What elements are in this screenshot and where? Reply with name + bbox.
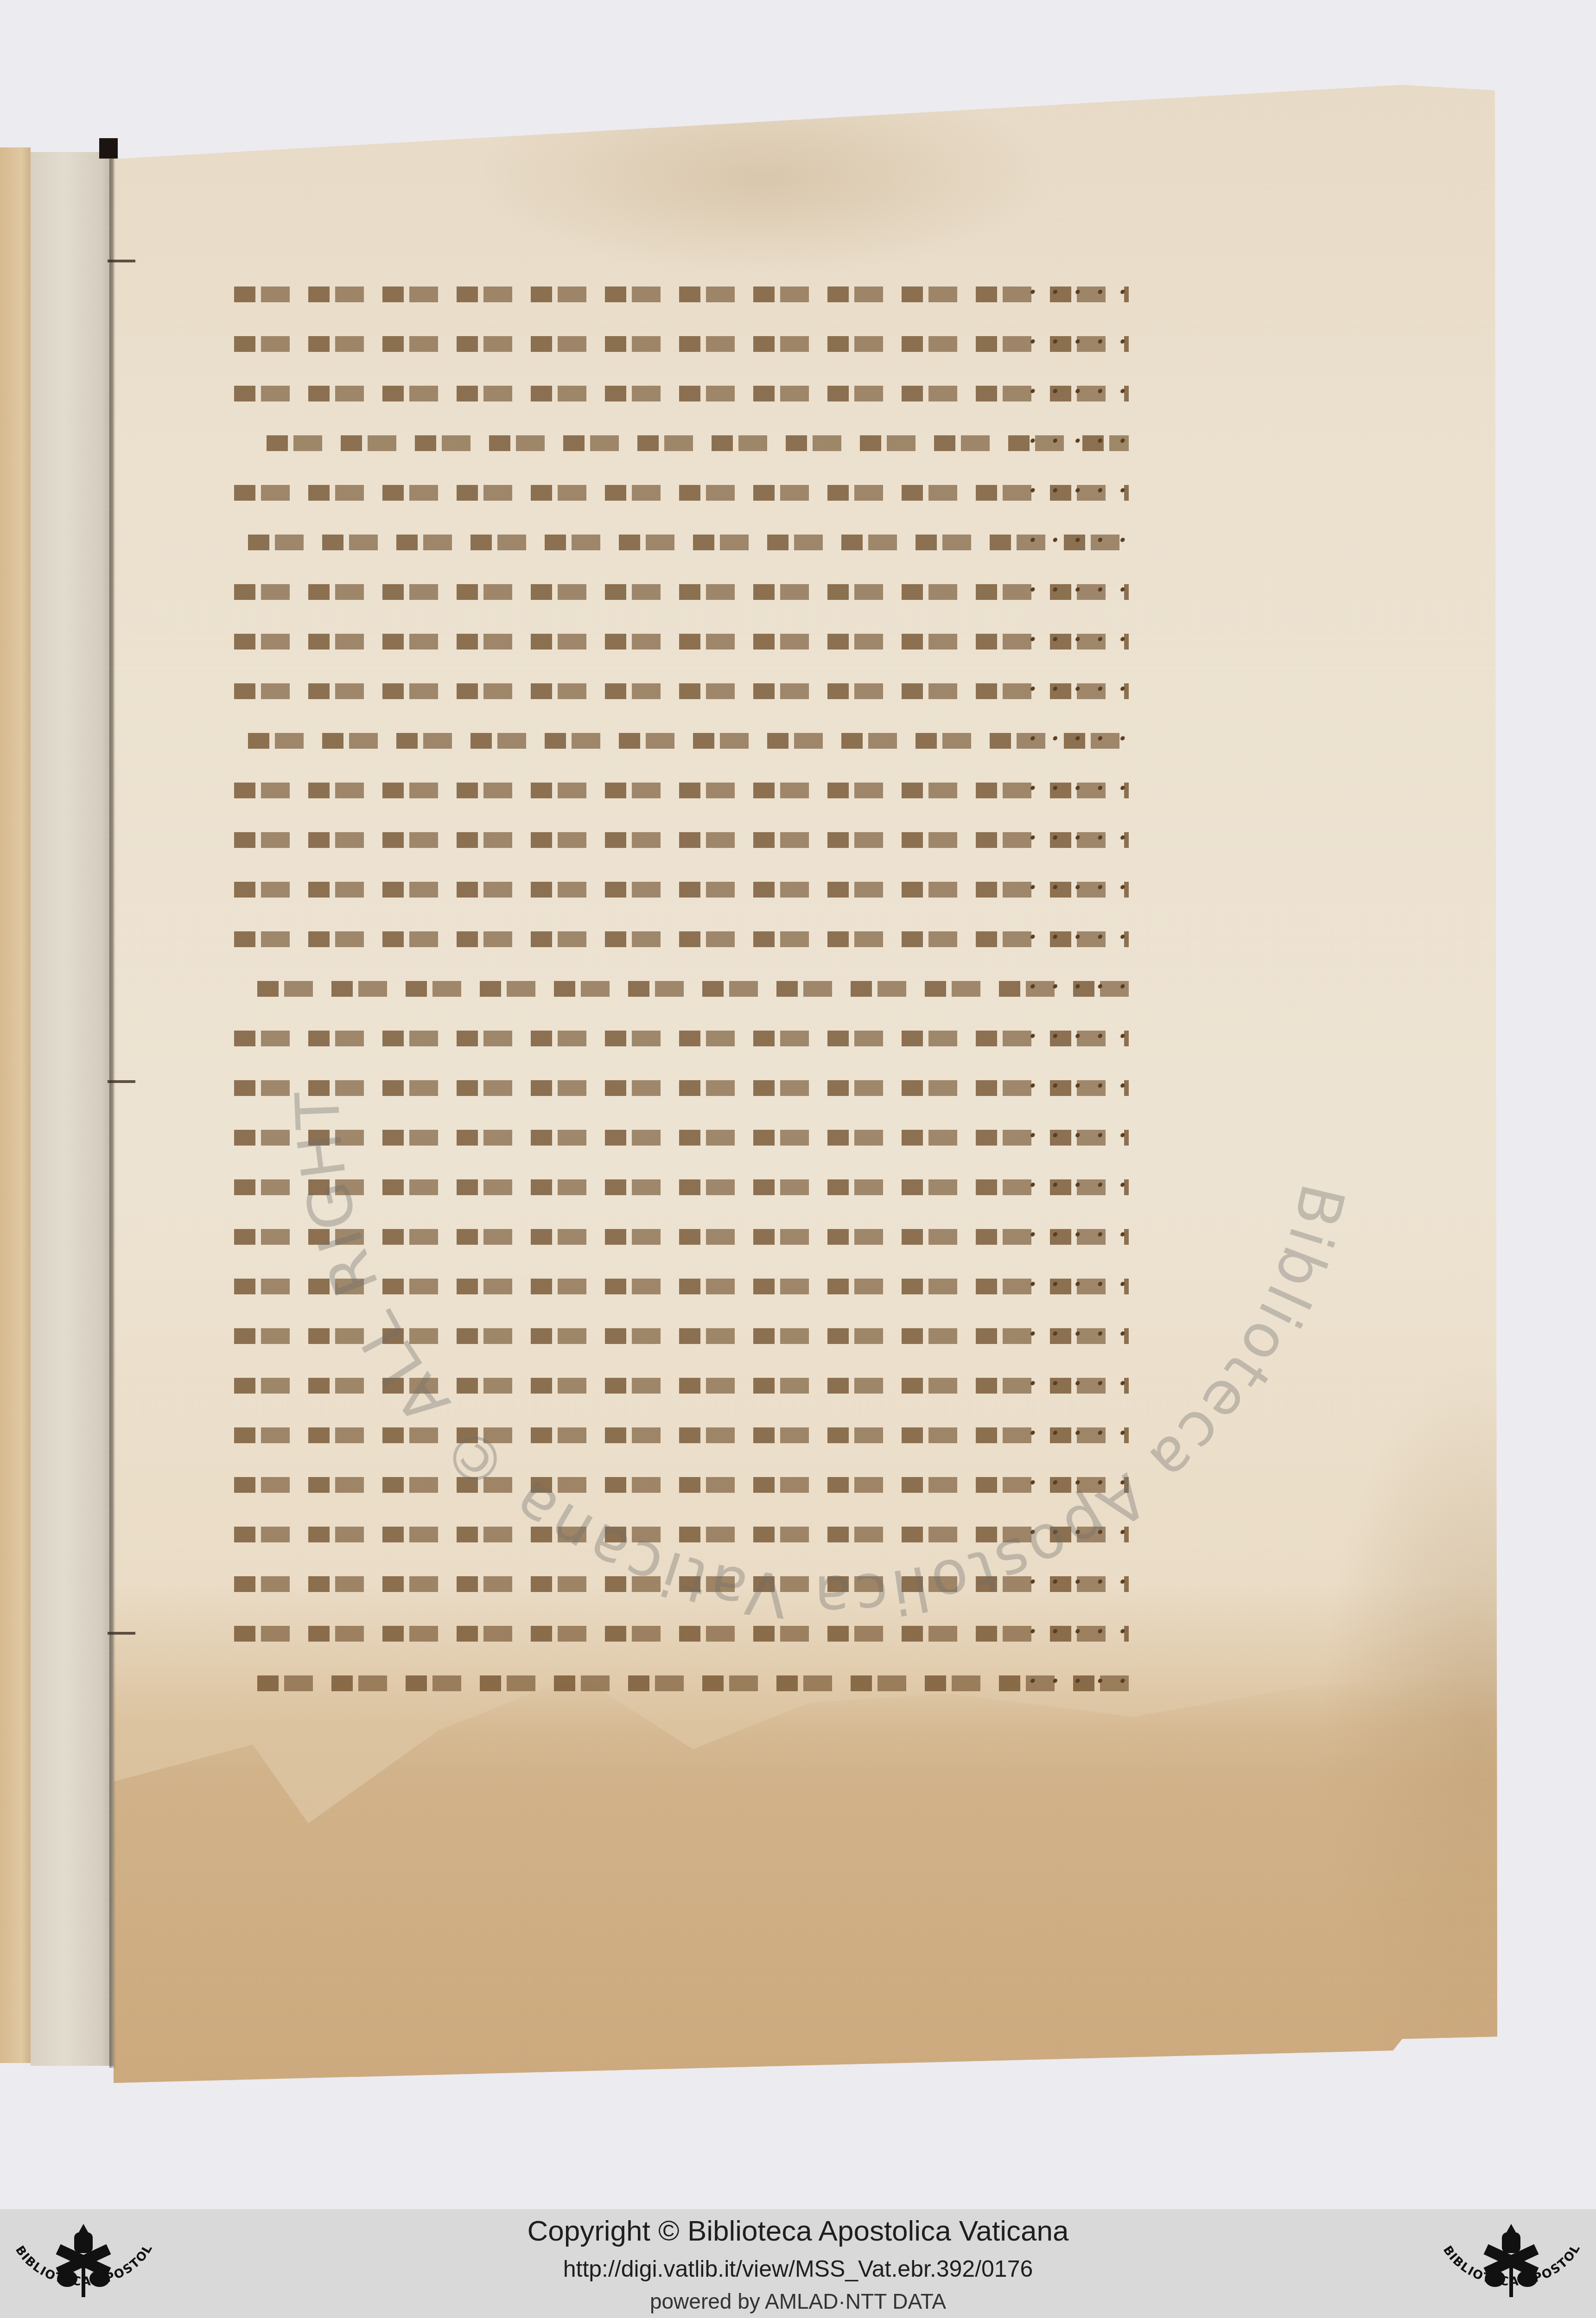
- manuscript-text-block: · · · · ·· · · · ·· · · · ·· · · · ·· · …: [234, 278, 1129, 1725]
- manuscript-line: · · · · ·: [234, 1568, 1129, 1596]
- manuscript-line: · · · · ·: [234, 278, 1129, 306]
- binding-guard-strip: [31, 152, 114, 2066]
- gutter-shadow: [109, 158, 116, 2068]
- manuscript-line: · · · · ·: [234, 625, 1129, 653]
- manuscript-line: · · · · ·: [234, 675, 1129, 703]
- manuscript-line: · · · · ·: [234, 824, 1129, 852]
- previous-page-edge: [0, 147, 31, 2063]
- manuscript-line: · · · · ·: [234, 1320, 1129, 1348]
- manuscript-line: · · · · ·: [234, 1121, 1129, 1149]
- manuscript-line: · · · · ·: [234, 873, 1129, 901]
- manuscript-line: · · · · ·: [234, 1369, 1129, 1397]
- manuscript-line: · · · · ·: [234, 1022, 1129, 1050]
- manuscript-line: · · · · ·: [257, 1667, 1129, 1695]
- manuscript-line: · · · · ·: [234, 1518, 1129, 1546]
- manuscript-line: · · · · ·: [234, 1469, 1129, 1497]
- manuscript-line: · · · · ·: [234, 1618, 1129, 1645]
- manuscript-line: · · · · ·: [234, 477, 1129, 504]
- manuscript-line: · · · · ·: [234, 1171, 1129, 1199]
- powered-by-text: powered by AMLAD·NTT DATA: [0, 2289, 1596, 2314]
- manuscript-line: · · · · ·: [234, 328, 1129, 356]
- manuscript-line: · · · · ·: [234, 1419, 1129, 1447]
- manuscript-line: · · · · ·: [234, 576, 1129, 604]
- binding-stitch: [108, 260, 135, 262]
- manuscript-line: · · · · ·: [234, 1270, 1129, 1298]
- manuscript-line: · · · · ·: [234, 377, 1129, 405]
- manuscript-line: · · · · ·: [234, 1072, 1129, 1100]
- footer-bar: BIBLIOTECA APOSTOLICA VATICANA Copyright…: [0, 2209, 1596, 2318]
- manuscript-line: · · · · ·: [234, 1221, 1129, 1248]
- manuscript-line: · · · · ·: [234, 774, 1129, 802]
- manuscript-line: · · · · ·: [234, 923, 1129, 951]
- binding-stitch: [108, 1632, 135, 1635]
- manuscript-scan: · · · · ·· · · · ·· · · · ·· · · · ·· · …: [0, 0, 1596, 2209]
- manuscript-line: · · · · ·: [257, 973, 1129, 1000]
- water-stain: [114, 1675, 1497, 2083]
- spine-clip: [99, 138, 118, 159]
- manuscript-line: · · · · ·: [248, 526, 1129, 554]
- copyright-text: Copyright © Biblioteca Apostolica Vatica…: [0, 2215, 1596, 2248]
- manuscript-url[interactable]: http://digi.vatlib.it/view/MSS_Vat.ebr.3…: [0, 2255, 1596, 2282]
- binding-stitch: [108, 1080, 135, 1083]
- manuscript-line: · · · · ·: [248, 725, 1129, 752]
- vatican-library-logo: BIBLIOTECA APOSTOLICA VATICANA: [1432, 2218, 1590, 2316]
- manuscript-line: · · · · ·: [267, 427, 1129, 455]
